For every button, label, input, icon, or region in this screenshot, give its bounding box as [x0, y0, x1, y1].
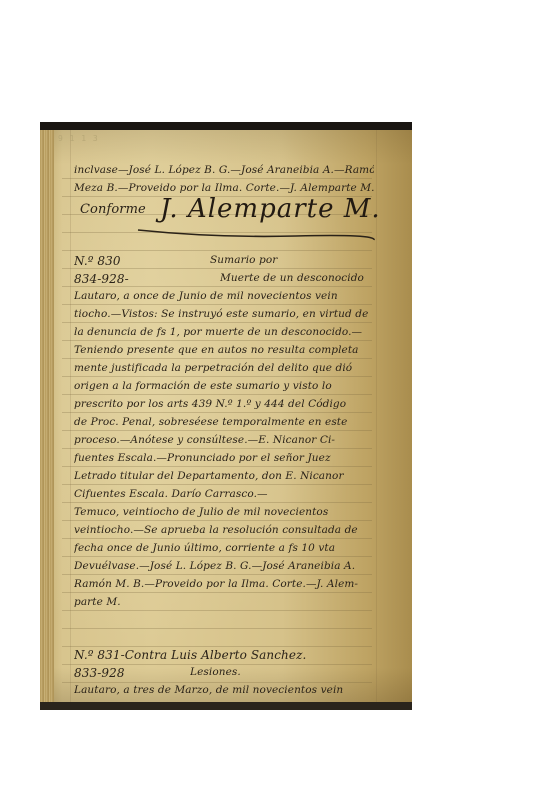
margin-line [70, 130, 71, 702]
text-line: la denuncia de fs 1, por muerte de un de… [74, 326, 374, 338]
text-line: Lautaro, a once de Junio de mil novecien… [74, 290, 374, 302]
text-line: de Proc. Penal, sobreséese temporalmente… [74, 416, 374, 428]
ledger-page: 9 1 1 3 inclvase—José L. Lóp [40, 130, 412, 702]
text-line: fecha once de Junio último, corriente a … [74, 542, 374, 554]
case-title: Sumario por [210, 254, 360, 266]
text-line: origen a la formación de este sumario y … [74, 380, 374, 392]
text-line: inclvase—José L. López B. G.—José Aranei… [74, 164, 374, 176]
text-line: tiocho.—Vistos: Se instruyó este sumario… [74, 308, 374, 320]
signature: J. Alemparte M. [160, 194, 381, 224]
case-number: N.º 831-Contra Luis Alberto Sanchez. [74, 648, 374, 662]
text-line: Teniendo presente que en autos no result… [74, 344, 374, 356]
text-line: parte M. [74, 596, 374, 608]
text-line: mente justificada la perpetración del de… [74, 362, 374, 374]
text-line: Meza B.—Proveido por la Ilma. Corte.—J. … [74, 182, 374, 194]
text-line: Letrado titular del Departamento, don E.… [74, 470, 374, 482]
case-subject: Lesiones. [190, 666, 310, 678]
book-binding-edge [40, 130, 54, 702]
document-photo: 9 1 1 3 inclvase—José L. Lóp [40, 122, 412, 710]
text-line: Cifuentes Escala. Darío Carrasco.— [74, 488, 374, 500]
text-line: Devuélvase.—José L. López B. G.—José Ara… [74, 560, 374, 572]
text-line: Lautaro, a tres de Marzo, de mil novecie… [74, 684, 374, 696]
text-line: fuentes Escala.—Pronunciado por el señor… [74, 452, 374, 464]
signature-flourish [136, 228, 376, 242]
text-line: prescrito por los arts 439 N.º 1.º y 444… [74, 398, 374, 410]
text-line: Temuco, veintiocho de Julio de mil novec… [74, 506, 374, 518]
case-subject: Muerte de un desconocido [220, 272, 370, 284]
page-stamp: 9 1 1 3 [58, 134, 99, 143]
text-line: proceso.—Anótese y consúltese.—E. Nicano… [74, 434, 374, 446]
text-line: Ramón M. B.—Proveido por la Ilma. Corte.… [74, 578, 374, 590]
text-line: veintiocho.—Se aprueba la resolución con… [74, 524, 374, 536]
